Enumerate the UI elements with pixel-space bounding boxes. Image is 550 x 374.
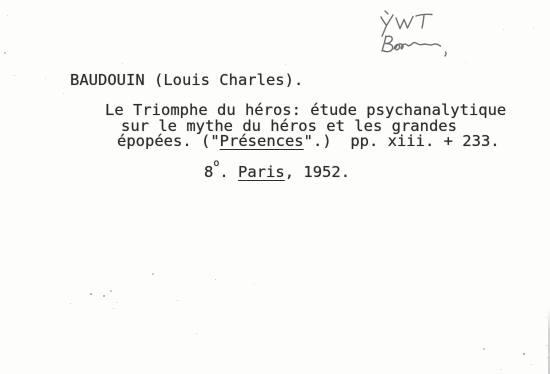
- noise-speck: [503, 29, 504, 30]
- title-line-3: épopées. ("Présences".) pp. xiii. + 233.: [117, 133, 500, 149]
- noise-speck: [546, 317, 547, 318]
- noise-speck: [7, 15, 8, 16]
- noise-speck: [122, 63, 123, 64]
- noise-speck: [196, 333, 197, 334]
- scribble-loops: [394, 43, 441, 50]
- author-heading: BAUDOUIN (Louis Charles).: [70, 72, 303, 88]
- noise-speck: [523, 353, 525, 355]
- handwritten-annotation: [372, 8, 472, 63]
- letter-Y-right-tail: [382, 15, 393, 36]
- title-line-1: Le Triomphe du héros: étude psychanalyti…: [105, 102, 506, 118]
- noise-speck: [483, 348, 485, 350]
- letter-Y-left: [381, 17, 387, 26]
- format-number: 8: [204, 163, 213, 181]
- noise-speck: [228, 96, 229, 97]
- noise-speck: [177, 300, 178, 301]
- noise-speck: [533, 27, 534, 28]
- noise-speck: [465, 62, 466, 63]
- noise-speck: [285, 64, 286, 65]
- imprint-rest: , 1952.: [285, 163, 350, 181]
- imprint-line: 8o. Paris, 1952.: [204, 161, 350, 180]
- catalog-card: BAUDOUIN (Louis Charles). Le Triomphe du…: [0, 0, 550, 374]
- scribble-comma: [445, 52, 446, 56]
- noise-speck: [110, 290, 112, 292]
- noise-speck: [254, 283, 255, 284]
- noise-speck: [103, 295, 105, 297]
- noise-speck: [70, 303, 71, 304]
- noise-speck: [116, 302, 117, 303]
- noise-speck: [531, 364, 532, 365]
- noise-speck: [215, 279, 216, 280]
- noise-speck: [63, 93, 64, 94]
- noise-speck: [45, 78, 46, 79]
- series-title: Présences: [220, 132, 304, 150]
- noise-speck: [14, 75, 15, 76]
- noise-speck: [152, 273, 154, 275]
- letter-T-stem: [422, 15, 424, 28]
- noise-speck: [113, 308, 114, 309]
- place-name: Paris: [238, 163, 285, 181]
- noise-speck: [500, 369, 501, 370]
- noise-speck: [90, 293, 92, 295]
- format-ordinal: o: [213, 158, 219, 169]
- noise-speck: [546, 345, 547, 346]
- line3-post: ".) pp. xiii. + 233.: [304, 132, 500, 150]
- line3-pre: épopées. (": [117, 132, 220, 150]
- format-separator: .: [219, 163, 238, 181]
- pencil-tick: [385, 11, 388, 14]
- letter-W: [396, 17, 413, 29]
- noise-speck: [4, 52, 6, 54]
